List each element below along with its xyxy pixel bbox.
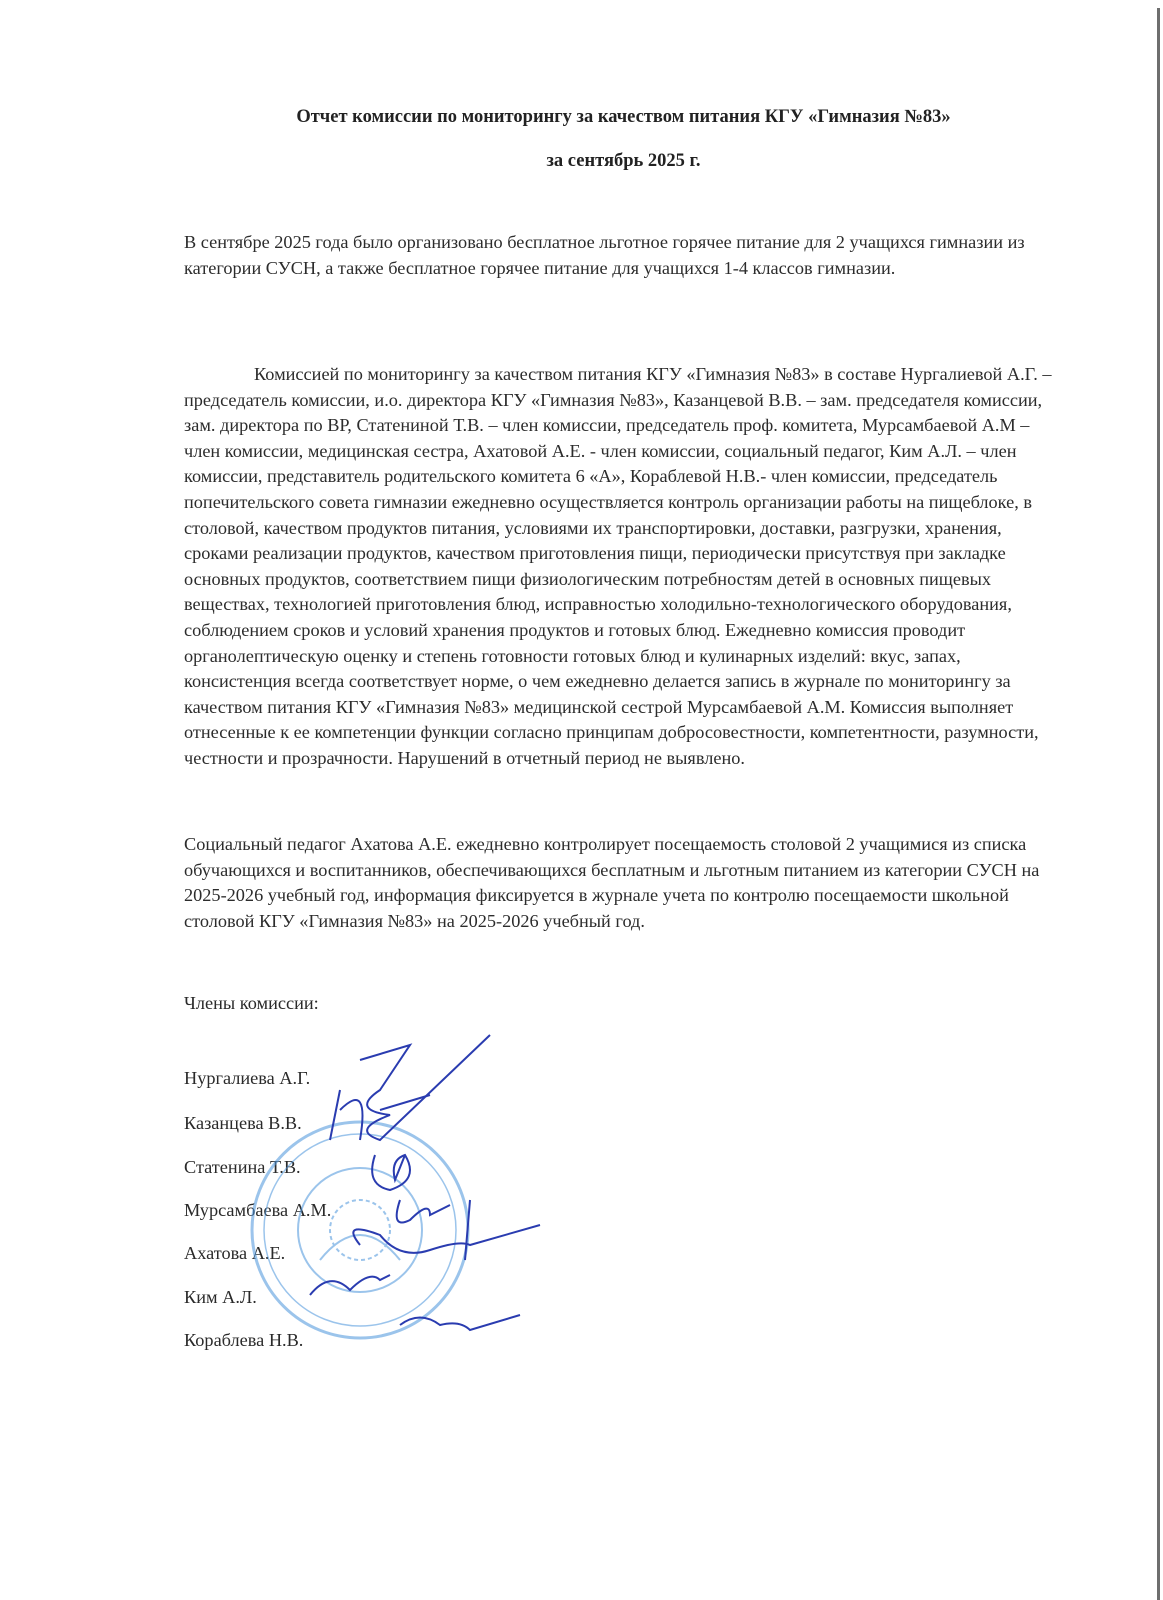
paragraph-commission: Комиссией по мониторингу за качеством пи…: [184, 362, 1064, 772]
member-name: Мурсамбаева А.М.: [184, 1200, 331, 1221]
member-name: Статенина Т.В.: [184, 1157, 301, 1178]
member-name: Казанцева В.В.: [184, 1113, 302, 1134]
member-name: Ахатова А.Е.: [184, 1243, 285, 1264]
document-subtitle-period: за сентябрь 2025 г.: [42, 151, 1163, 172]
document-title: Отчет комиссии по мониторингу за качеств…: [42, 107, 1163, 128]
member-name: Кораблева Н.В.: [184, 1330, 303, 1351]
member-name: Ким А.Л.: [184, 1287, 257, 1308]
member-name: Нургалиева А.Г.: [184, 1068, 310, 1089]
paragraph-social-pedagogue: Социальный педагог Ахатова А.Е. ежедневн…: [184, 832, 1064, 934]
signature-strokes-icon: [310, 1035, 540, 1330]
members-label: Члены комиссии:: [184, 993, 319, 1014]
official-stamp-icon: [252, 1122, 468, 1338]
paragraph-intro: В сентябре 2025 года было организовано б…: [184, 230, 1064, 281]
scan-page-edge: [1157, 8, 1160, 1600]
